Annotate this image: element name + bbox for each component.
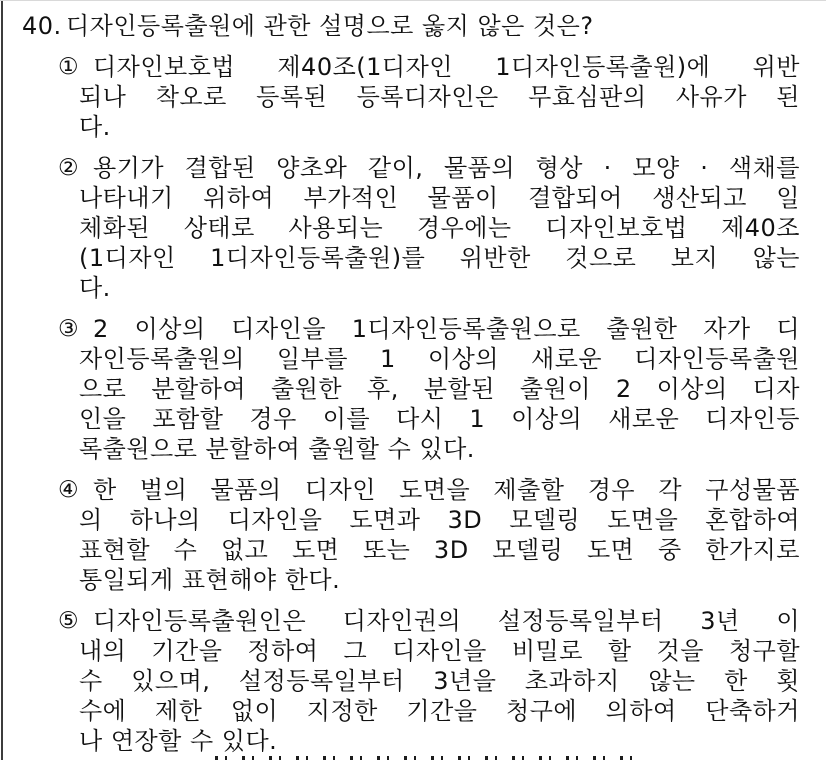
next-line-cutoff — [215, 756, 637, 760]
choice-marker: ② — [58, 153, 79, 303]
choice-item: ④한 벌의 물품의 디자인 도면을 제출할 경우 각 구성물품의 하나의 디자인… — [58, 475, 800, 595]
choice-line: (1디자인 1디자인등록출원)를 위반한 것으로 보지 않는 — [79, 243, 800, 273]
choice-text: 용기가 결합된 양초와 같이, 물품의 형상 · 모양 · 색채를나타내기 위하… — [79, 153, 800, 303]
choice-line: 수 있으며, 설정등록일부터 3년을 초과하지 않는 한 횟 — [79, 666, 800, 696]
choice-line: 표현할 수 없고 도면 또는 3D 모델링 도면 중 한가지로 — [79, 535, 800, 565]
choices-list: ①디자인보호법 제40조(1디자인 1디자인등록출원)에 위반되나 착오로 등록… — [22, 52, 800, 756]
exam-page: 40. 디자인등록출원에 관한 설명으로 옳지 않은 것은? ①디자인보호법 제… — [0, 0, 826, 760]
question-text: 디자인등록출원에 관한 설명으로 옳지 않은 것은? — [66, 11, 594, 41]
choice-line: 다. — [79, 112, 800, 142]
choice-line: 록출원으로 분할하여 출원할 수 있다. — [79, 434, 800, 464]
choice-line: 체화된 상태로 사용되는 경우에는 디자인보호법 제40조 — [79, 213, 800, 243]
choice-line: 한 벌의 물품의 디자인 도면을 제출할 경우 각 구성물품 — [79, 475, 800, 505]
choice-item: ①디자인보호법 제40조(1디자인 1디자인등록출원)에 위반되나 착오로 등록… — [58, 52, 800, 142]
choice-line: 인을 포함할 경우 이를 다시 1 이상의 새로운 디자인등 — [79, 404, 800, 434]
question-number: 40. — [22, 11, 66, 41]
choice-marker: ③ — [58, 314, 79, 464]
question-line: 40. 디자인등록출원에 관한 설명으로 옳지 않은 것은? — [22, 11, 800, 41]
choice-line: 나 연장할 수 있다. — [79, 726, 800, 756]
choice-line: 의 하나의 디자인을 도면과 3D 모델링 도면을 혼합하여 — [79, 505, 800, 535]
choice-line: 디자인보호법 제40조(1디자인 1디자인등록출원)에 위반 — [79, 52, 800, 82]
choice-line: 되나 착오로 등록된 등록디자인은 무효심판의 사유가 된 — [79, 82, 800, 112]
choice-line: 내의 기간을 정하여 그 디자인을 비밀로 할 것을 청구할 — [79, 636, 800, 666]
choice-line: 디자인등록출원인은 디자인권의 설정등록일부터 3년 이 — [79, 606, 800, 636]
choice-marker: ⑤ — [58, 606, 79, 756]
choice-line: 2 이상의 디자인을 1디자인등록출원으로 출원한 자가 디 — [79, 314, 800, 344]
page-left-border — [1, 1, 3, 760]
choice-line: 자인등록출원의 일부를 1 이상의 새로운 디자인등록출원 — [79, 344, 800, 374]
choice-text: 디자인보호법 제40조(1디자인 1디자인등록출원)에 위반되나 착오로 등록된… — [79, 52, 800, 142]
choice-line: 용기가 결합된 양초와 같이, 물품의 형상 · 모양 · 색채를 — [79, 153, 800, 183]
choice-text: 한 벌의 물품의 디자인 도면을 제출할 경우 각 구성물품의 하나의 디자인을… — [79, 475, 800, 595]
choice-marker: ④ — [58, 475, 79, 595]
choice-item: ③2 이상의 디자인을 1디자인등록출원으로 출원한 자가 디자인등록출원의 일… — [58, 314, 800, 464]
choice-item: ②용기가 결합된 양초와 같이, 물품의 형상 · 모양 · 색채를나타내기 위… — [58, 153, 800, 303]
choice-line: 수에 제한 없이 지정한 기간을 청구에 의하여 단축하거 — [79, 696, 800, 726]
choice-line: 나타내기 위하여 부가적인 물품이 결합되어 생산되고 일 — [79, 183, 800, 213]
choice-marker: ① — [58, 52, 79, 142]
choice-line: 다. — [79, 273, 800, 303]
choice-item: ⑤디자인등록출원인은 디자인권의 설정등록일부터 3년 이내의 기간을 정하여 … — [58, 606, 800, 756]
choice-line: 통일되게 표현해야 한다. — [79, 565, 800, 595]
choice-text: 2 이상의 디자인을 1디자인등록출원으로 출원한 자가 디자인등록출원의 일부… — [79, 314, 800, 464]
choice-text: 디자인등록출원인은 디자인권의 설정등록일부터 3년 이내의 기간을 정하여 그… — [79, 606, 800, 756]
choice-line: 으로 분할하여 출원한 후, 분할된 출원이 2 이상의 디자 — [79, 374, 800, 404]
